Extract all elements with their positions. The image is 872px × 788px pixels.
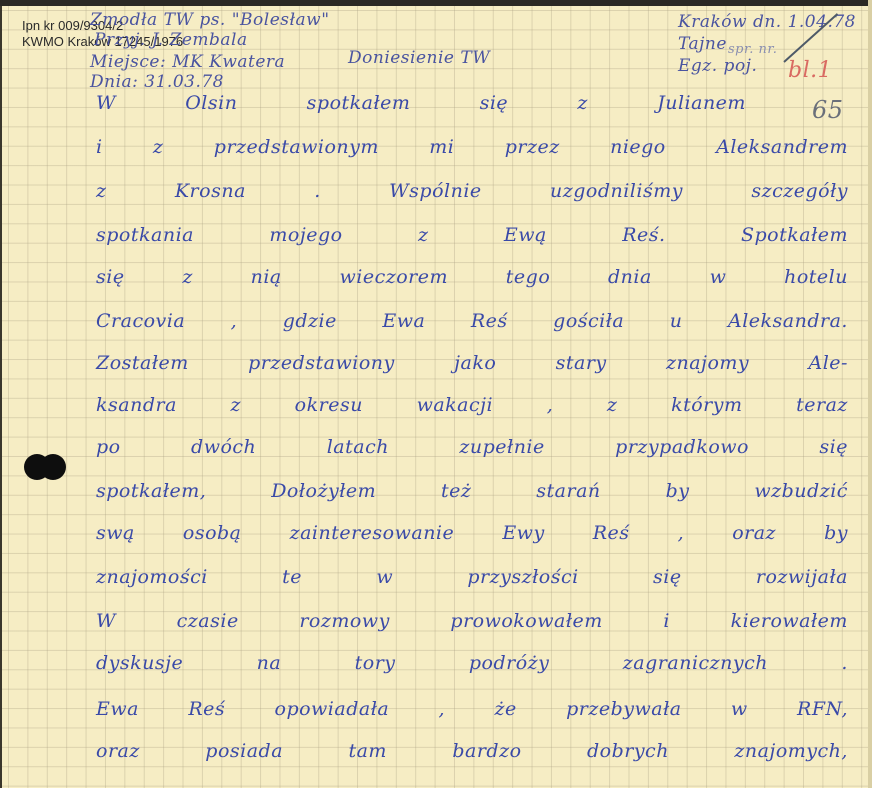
body-word: Wspólnie — [389, 180, 482, 202]
body-word: się — [819, 436, 848, 458]
body-word: podróży — [469, 652, 550, 674]
body-line: Wczasierozmowyprowokowałemikierowałem — [96, 610, 848, 632]
body-word: i — [96, 136, 103, 158]
body-word: przez — [505, 136, 560, 158]
body-word: by — [824, 522, 848, 544]
body-line: WOlsinspotkałemsięzJulianem — [96, 92, 746, 114]
body-word: by — [666, 480, 690, 502]
body-word: posiada — [205, 740, 283, 762]
page-edge — [868, 0, 872, 788]
body-word: ksandra — [96, 394, 177, 416]
body-word: przedstawionym — [214, 136, 379, 158]
body-word: W — [96, 92, 116, 114]
body-word: , — [231, 310, 238, 332]
body-word: Dołożyłem — [271, 480, 376, 502]
body-word: Reś — [188, 698, 225, 720]
body-word: opowiadała — [275, 698, 390, 720]
body-word: dobrych — [587, 740, 669, 762]
body-word: z — [577, 92, 588, 114]
body-word: spotkania — [96, 224, 194, 246]
body-word: Julianem — [657, 92, 746, 114]
body-word: teraz — [796, 394, 848, 416]
body-word: dwóch — [191, 436, 256, 458]
body-word: Cracovia — [96, 310, 185, 332]
body-word: i — [663, 610, 670, 632]
body-word: osobą — [183, 522, 242, 544]
body-word: tory — [355, 652, 396, 674]
body-word: . — [841, 652, 848, 674]
body-line: Cracovia,gdzieEwaReśgościłauAleksandra. — [96, 310, 848, 332]
body-word: się — [96, 266, 125, 288]
body-word: Spotkałem — [741, 224, 848, 246]
document-title: Doniesienie TW — [348, 48, 490, 68]
body-line: dyskusjenatorypodróżyzagranicznych. — [96, 652, 848, 674]
body-word: Krosna — [175, 180, 246, 202]
body-word: wzbudzić — [754, 480, 848, 502]
body-word: z — [418, 224, 429, 246]
body-word: bardzo — [452, 740, 521, 762]
body-word: wakacji — [417, 394, 494, 416]
body-word: , — [547, 394, 554, 416]
body-word: po — [96, 436, 121, 458]
body-word: Aleksandrem — [716, 136, 848, 158]
body-word: Ewy — [502, 522, 544, 544]
body-word: gościła — [553, 310, 624, 332]
body-line: sięzniąwieczoremtegodniawhotelu — [96, 266, 848, 288]
header-right-annotation: spr. nr. — [728, 42, 777, 57]
body-word: Reś — [593, 522, 630, 544]
body-word: zainteresowanie — [290, 522, 455, 544]
body-word: starań — [536, 480, 600, 502]
body-word: Ewa — [382, 310, 425, 332]
body-word: Ewa — [96, 698, 139, 720]
body-line: znajomościtewprzyszłościsięrozwijała — [96, 566, 848, 588]
body-line: swąosobązainteresowanieEwyReś,orazby — [96, 522, 848, 544]
body-word: Ale- — [808, 352, 847, 374]
body-word: że — [494, 698, 516, 720]
body-word: wieczorem — [340, 266, 449, 288]
body-word: zagranicznych — [623, 652, 768, 674]
body-word: , — [678, 522, 685, 544]
header-right-2: Tajne — [678, 34, 727, 54]
body-line: ZostałemprzedstawionyjakostaryznajomyAle… — [96, 352, 848, 374]
header-left-1: Zmodła TW ps. "Bolesław" — [90, 10, 330, 30]
body-word: uzgodniliśmy — [550, 180, 683, 202]
body-line: EwaReśopowiadała,żeprzebywaławRFN, — [96, 698, 848, 720]
body-word: przypadkowo — [615, 436, 749, 458]
body-word: swą — [96, 522, 135, 544]
body-word: znajomych, — [734, 740, 848, 762]
body-word: W — [96, 610, 116, 632]
body-word: kierowałem — [731, 610, 848, 632]
body-word: prowokowałem — [450, 610, 602, 632]
body-word: jako — [454, 352, 496, 374]
body-word: RFN, — [797, 698, 848, 720]
body-word: w — [731, 698, 748, 720]
body-word: okresu — [295, 394, 363, 416]
body-word: przyszłości — [467, 566, 578, 588]
header-left-4: Dnia: 31.03.78 — [90, 72, 224, 92]
body-line: ksandrazokresuwakacji,zktórymteraz — [96, 394, 848, 416]
body-line: spotkałem,Dołożyłemteżstarańbywzbudzić — [96, 480, 848, 502]
body-word: którym — [671, 394, 742, 416]
page-number: 65 — [812, 96, 844, 124]
body-word: dyskusje — [96, 652, 183, 674]
body-word: nią — [251, 266, 282, 288]
body-line: podwóchlatachzupełnieprzypadkowosię — [96, 436, 848, 458]
body-word: , — [439, 698, 446, 720]
body-word: też — [441, 480, 471, 502]
body-line: zKrosna.Wspólnieuzgodniliśmyszczegóły — [96, 180, 848, 202]
body-line: spotkaniamojegozEwąReś.Spotkałem — [96, 224, 848, 246]
body-word: przedstawiony — [248, 352, 395, 374]
body-word: spotkałem — [307, 92, 411, 114]
body-word: Zostałem — [96, 352, 189, 374]
body-word: dnia — [608, 266, 652, 288]
body-word: z — [96, 180, 107, 202]
body-word: z — [231, 394, 242, 416]
body-word: Reś — [471, 310, 508, 332]
body-word: tam — [348, 740, 386, 762]
red-pencil-mark: bl.1 — [788, 58, 832, 83]
body-word: gdzie — [283, 310, 337, 332]
body-line: orazposiadatambardzodobrychznajomych, — [96, 740, 848, 762]
body-word: u — [670, 310, 683, 332]
body-word: z — [153, 136, 164, 158]
body-word: Reś. — [622, 224, 665, 246]
body-word: znajomości — [96, 566, 208, 588]
body-word: szczegóły — [751, 180, 848, 202]
body-word: w — [376, 566, 393, 588]
body-word: Olsin — [185, 92, 237, 114]
header-left-3: Miejsce: MK Kwatera — [90, 52, 285, 72]
body-word: hotelu — [784, 266, 848, 288]
header-right-3: Egz. poj. — [678, 56, 757, 76]
body-word: na — [257, 652, 282, 674]
body-word: przebywała — [566, 698, 681, 720]
body-word: rozwijała — [756, 566, 848, 588]
body-word: te — [282, 566, 302, 588]
body-word: tego — [506, 266, 550, 288]
body-word: z — [182, 266, 193, 288]
body-word: rozmowy — [299, 610, 389, 632]
body-word: mojego — [269, 224, 342, 246]
body-word: znajomy — [666, 352, 749, 374]
body-word: latach — [327, 436, 389, 458]
body-word: z — [607, 394, 618, 416]
body-word: oraz — [732, 522, 776, 544]
body-word: się — [653, 566, 682, 588]
document-page: Ipn kr 009/9304/2 KWMO Kraków 17245/1976… — [0, 6, 870, 788]
body-word: spotkałem, — [96, 480, 206, 502]
body-word: . — [314, 180, 321, 202]
body-word: Aleksandra. — [728, 310, 848, 332]
body-word: zupełnie — [459, 436, 544, 458]
body-word: mi — [429, 136, 454, 158]
body-word: oraz — [96, 740, 140, 762]
body-word: stary — [556, 352, 607, 374]
body-line: izprzedstawionymmiprzezniegoAleksandrem — [96, 136, 848, 158]
body-word: w — [710, 266, 727, 288]
body-word: Ewą — [504, 224, 547, 246]
body-word: czasie — [177, 610, 239, 632]
body-word: się — [480, 92, 509, 114]
header-left-2: Przyj. J. Zembala — [94, 30, 248, 50]
body-word: niego — [610, 136, 666, 158]
ink-blot — [24, 454, 68, 482]
